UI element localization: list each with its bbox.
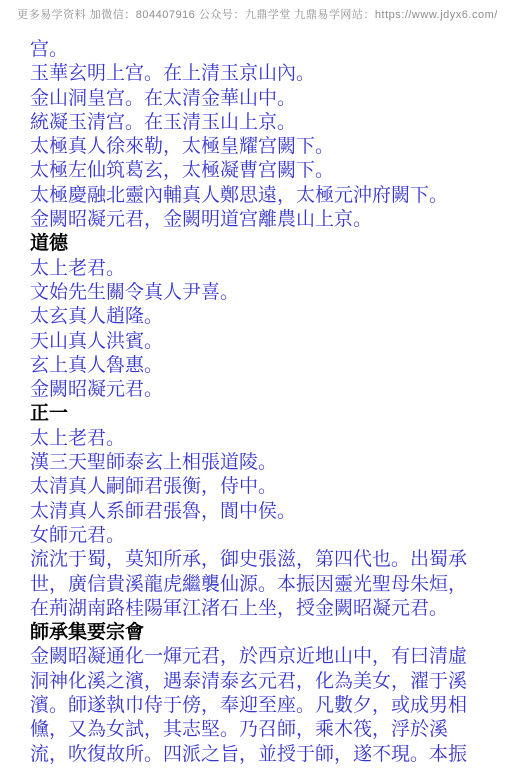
text-line: 流，吹復故所。四派之旨，並授于師，遂不現。本振 bbox=[30, 743, 505, 767]
text-line: 太上老君。 bbox=[30, 427, 505, 451]
document-page: 更多易学资料 加微信：804407916 公众号：九鼎学堂 九鼎易学网站：htt… bbox=[0, 0, 515, 780]
text-line: 流沈于蜀，莫知所承，御史張滋，第四代也。出蜀承 bbox=[30, 548, 505, 572]
text-line: 太玄真人趙隆。 bbox=[30, 305, 505, 329]
section-heading: 正一 bbox=[30, 402, 505, 426]
text-line: 在荊湖南路桂陽軍江渚石上坐，授金闕昭凝元君。 bbox=[30, 597, 505, 621]
text-line: 太極左仙筑葛玄，太極凝曹宫闕下。 bbox=[30, 159, 505, 183]
text-line: 金闕昭凝元君，金闕明道宫離農山上京。 bbox=[30, 208, 505, 232]
text-line: 太極真人徐來勒，太極皇耀宫闕下。 bbox=[30, 135, 505, 159]
text-line: 文始先生關令真人尹喜。 bbox=[30, 281, 505, 305]
text-line: 天山真人洪賓。 bbox=[30, 330, 505, 354]
text-line: 金闕昭凝通化一煇元君，於西京近地山中，有曰清虛 bbox=[30, 645, 505, 669]
text-line: 世，廣信貴溪龍虎繼襲仙源。本振因靈光聖母朱烜， bbox=[30, 573, 505, 597]
text-line: 太清真人系師君張魯，閬中侯。 bbox=[30, 500, 505, 524]
text-line: 太極慶融北靈內輔真人鄭思遠，太極元沖府闕下。 bbox=[30, 184, 505, 208]
text-line: 濱。師遂執巾侍于傍，奉迎至座。凡數夕，或成男相 bbox=[30, 694, 505, 718]
text-line: 玉華玄明上宫。在上清玉京山內。 bbox=[30, 62, 505, 86]
text-line: 宫。 bbox=[30, 38, 505, 62]
text-line: 太清真人嗣師君張衡，侍中。 bbox=[30, 475, 505, 499]
header-watermark-note: 更多易学资料 加微信：804407916 公众号：九鼎学堂 九鼎易学网站：htt… bbox=[0, 6, 515, 22]
text-line: 玄上真人魯惠。 bbox=[30, 354, 505, 378]
document-body: 宫。玉華玄明上宫。在上清玉京山內。金山洞皇宫。在太清金華山中。統凝玉清宫。在玉清… bbox=[30, 38, 505, 767]
section-heading: 道德 bbox=[30, 232, 505, 256]
text-line: 太上老君。 bbox=[30, 257, 505, 281]
text-line: 女師元君。 bbox=[30, 524, 505, 548]
text-line: 金山洞皇宫。在太清金華山中。 bbox=[30, 87, 505, 111]
text-line: 統凝玉清宫。在玉清玉山上京。 bbox=[30, 111, 505, 135]
text-line: 儵，又為女試，其志堅。乃召師，乘木筏，浮於溪 bbox=[30, 718, 505, 742]
section-heading: 師承集要宗會 bbox=[30, 621, 505, 645]
text-line: 金闕昭凝元君。 bbox=[30, 378, 505, 402]
text-line: 洞神化溪之濱，遇泰清泰玄元君，化為美女，濯于溪 bbox=[30, 670, 505, 694]
text-line: 漢三天聖師泰玄上相張道陵。 bbox=[30, 451, 505, 475]
